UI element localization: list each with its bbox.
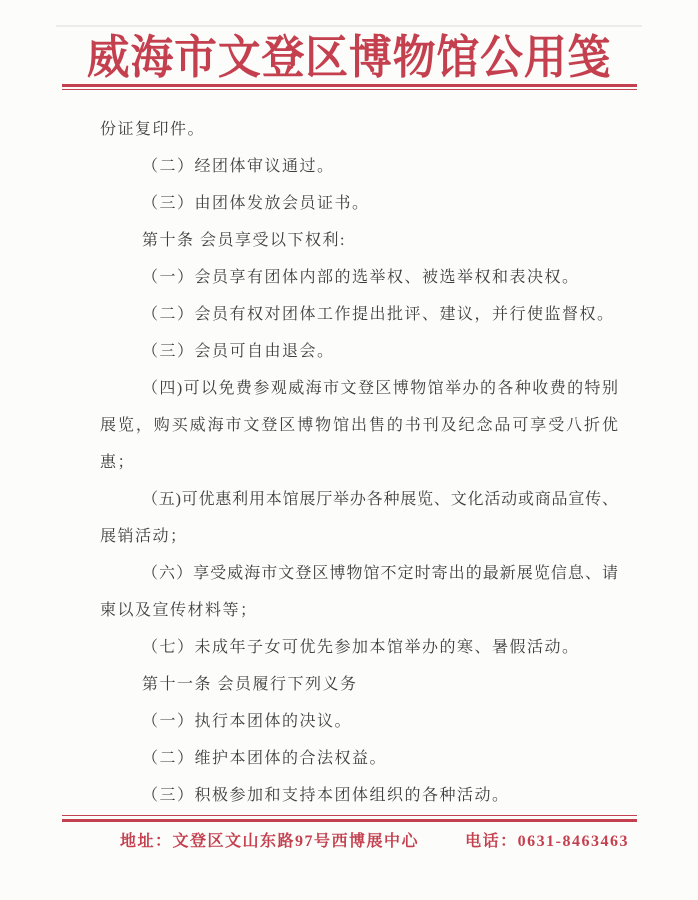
body-line: 份证复印件。	[100, 111, 618, 148]
scan-edge-line	[56, 25, 642, 27]
footer: 地址：文登区文山东路97号西博展中心 电话：0631-8463463	[62, 831, 637, 853]
body-line: 展览，购买威海市文登区博物馆出售的书刊及纪念品可享受八折优	[100, 407, 618, 444]
body-line: 展销活动；	[100, 518, 618, 555]
body-line: （三）由团体发放会员证书。	[100, 185, 618, 222]
body-line: 惠；	[100, 444, 618, 481]
body-line: （三）会员可自由退会。	[100, 333, 618, 370]
body-line: （一）会员享有团体内部的选举权、被选举权和表决权。	[100, 259, 618, 296]
body-line: （一）执行本团体的决议。	[100, 703, 618, 740]
header-rule-thin	[62, 89, 637, 90]
body-line: （二）经团体审议通过。	[100, 148, 618, 185]
letterhead-title: 威海市文登区博物馆公用笺	[24, 30, 673, 86]
header-rule-group	[62, 84, 637, 90]
footer-rule-thick	[62, 819, 637, 822]
footer-rule-group	[62, 815, 637, 822]
footer-phone: 电话：0631-8463463	[465, 831, 629, 853]
body-line: （三）积极参加和支持本团体组织的各种活动。	[100, 777, 618, 814]
footer-address: 地址：文登区文山东路97号西博展中心	[120, 831, 419, 853]
letterhead-page: 威海市文登区博物馆公用笺 份证复印件。（二）经团体审议通过。（三）由团体发放会员…	[0, 0, 698, 900]
body-line: 第十条 会员享受以下权利:	[100, 222, 618, 259]
body-line: （二）维护本团体的合法权益。	[100, 740, 618, 777]
body-line: 第十一条 会员履行下列义务	[100, 666, 618, 703]
body-line: （七）未成年子女可优先参加本馆举办的寒、暑假活动。	[100, 629, 618, 666]
body-line: 柬以及宣传材料等；	[100, 592, 618, 629]
body-line: （四)可以免费参观威海市文登区博物馆举办的各种收费的特别	[100, 370, 618, 407]
document-body: 份证复印件。（二）经团体审议通过。（三）由团体发放会员证书。第十条 会员享受以下…	[100, 111, 618, 814]
body-line: （二）会员有权对团体工作提出批评、建议，并行使监督权。	[100, 296, 618, 333]
body-line: （六）享受威海市文登区博物馆不定时寄出的最新展览信息、请	[100, 555, 618, 592]
body-line: （五)可优惠利用本馆展厅举办各种展览、文化活动或商品宣传、	[100, 481, 618, 518]
